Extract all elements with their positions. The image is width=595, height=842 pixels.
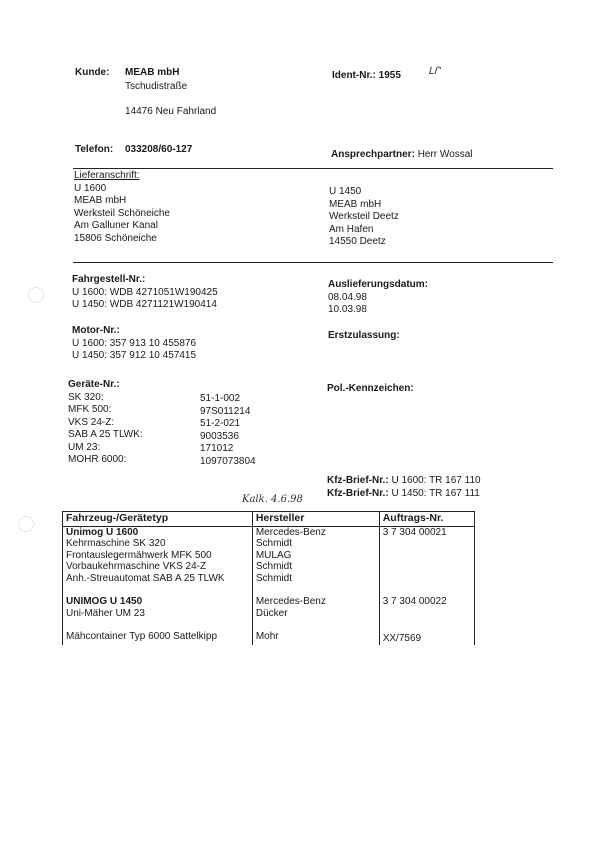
phone-label: Telefon:	[75, 144, 113, 155]
cell-maker: Mercedes-Benz	[252, 596, 379, 608]
divider-middle	[73, 262, 553, 263]
table-spacer	[63, 619, 475, 631]
registration-doc-value: U 1600: TR 167 110	[391, 475, 480, 486]
engine-label: Motor-Nr.:	[72, 325, 196, 338]
cell-maker: Schmidt	[252, 561, 379, 573]
contact-value: Herr Wossal	[418, 149, 473, 160]
address-line: Werksteil Schöneiche	[74, 208, 170, 221]
divider-top	[73, 168, 553, 169]
customer-label: Kunde:	[75, 67, 109, 78]
ident-number: Ident-Nr.: 1955	[332, 70, 401, 81]
chassis-line: U 1450: WDB 4271121W190414	[72, 299, 218, 312]
registration-docs: Kfz-Brief-Nr.: U 1600: TR 167 110 Kfz-Br…	[327, 475, 481, 500]
column-header-maker: Hersteller	[252, 512, 379, 527]
punch-hole-mark	[28, 287, 44, 303]
handwritten-initials: ᒪᒋ	[428, 66, 440, 77]
address-line: Werksteil Deetz	[329, 211, 399, 224]
address-line: MEAB mbH	[74, 195, 170, 208]
cell-type: Vorbaukehrmaschine VKS 24-Z	[63, 561, 253, 573]
registration-doc: Kfz-Brief-Nr.: U 1450: TR 167 111	[327, 488, 481, 501]
cell-order	[379, 608, 474, 620]
cell-maker: Mohr	[252, 631, 379, 645]
cell-type: Kehrmaschine SK 320	[63, 538, 253, 550]
table-spacer	[63, 584, 475, 596]
table-row: Mähcontainer Typ 6000 SattelkippMohrXX/7…	[63, 631, 475, 645]
cell-type: Uni-Mäher UM 23	[63, 608, 253, 620]
column-header-type: Fahrzeug-/Gerätetyp	[63, 512, 253, 527]
cell-order	[379, 561, 474, 573]
table-row: Frontauslegermähwerk MFK 500MULAG	[63, 550, 475, 562]
address-line: 14550 Deetz	[329, 236, 399, 249]
customer-city: 14476 Neu Fahrland	[125, 106, 216, 117]
customer-name: MEAB mbH	[125, 67, 179, 78]
chassis-label: Fahrgestell-Nr.:	[72, 274, 218, 287]
cell-maker: Dücker	[252, 608, 379, 620]
delivery-address-left: Lieferanschrift: U 1600 MEAB mbH Werkste…	[74, 170, 170, 245]
registration-doc-value: U 1450: TR 167 111	[391, 488, 479, 499]
ident-value: 1955	[379, 70, 401, 81]
device-name: SK 320:	[68, 392, 143, 405]
cell-order	[379, 538, 474, 550]
delivery-date: 10.03.98	[328, 304, 428, 317]
devices-names: Geräte-Nr.: SK 320: MFK 500: VKS 24-Z: S…	[68, 379, 143, 467]
devices-label: Geräte-Nr.:	[68, 379, 143, 392]
ident-label: Ident-Nr.:	[332, 70, 376, 81]
table-row: Unimog U 1600Mercedes-Benz3 7 304 00021	[63, 526, 475, 538]
delivery-date-label: Auslieferungsdatum:	[328, 279, 428, 292]
cell-maker: MULAG	[252, 550, 379, 562]
punch-hole-mark	[18, 516, 34, 532]
cell-type: Unimog U 1600	[63, 526, 253, 538]
device-number: 1097073804	[200, 456, 256, 469]
table-row: UNIMOG U 1450Mercedes-Benz3 7 304 00022	[63, 596, 475, 608]
handwritten-note: Kalk. 4.6.98	[242, 494, 303, 505]
device-name: MOHR 6000:	[68, 454, 143, 467]
address-line: U 1450	[329, 186, 399, 199]
address-line: Am Galluner Kanal	[74, 220, 170, 233]
delivery-label: Lieferanschrift:	[74, 170, 170, 183]
delivery-address-right: U 1450 MEAB mbH Werksteil Deetz Am Hafen…	[329, 186, 399, 249]
chassis-block: Fahrgestell-Nr.: U 1600: WDB 4271051W190…	[72, 274, 218, 312]
column-header-order: Auftrags-Nr.	[379, 512, 474, 527]
registration-doc-label: Kfz-Brief-Nr.:	[327, 475, 389, 486]
device-name: UM 23:	[68, 442, 143, 455]
table-row: Uni-Mäher UM 23Dücker	[63, 608, 475, 620]
delivery-date-block: Auslieferungsdatum: 08.04.98 10.03.98	[328, 279, 428, 317]
contact-label: Ansprechpartner:	[331, 149, 415, 160]
address-line: MEAB mbH	[329, 199, 399, 212]
table-row: Kehrmaschine SK 320Schmidt	[63, 538, 475, 550]
cell-order	[379, 573, 474, 585]
table-header-row: Fahrzeug-/Gerätetyp Hersteller Auftrags-…	[63, 512, 475, 527]
device-name: VKS 24-Z:	[68, 417, 143, 430]
address-line: Am Hafen	[329, 224, 399, 237]
device-number: 51-1-002	[200, 393, 256, 406]
customer-street: Tschudistraße	[125, 81, 187, 92]
engine-block: Motor-Nr.: U 1600: 357 913 10 455876 U 1…	[72, 325, 196, 363]
registration-doc-label: Kfz-Brief-Nr.:	[327, 488, 389, 499]
delivery-date: 08.04.98	[328, 292, 428, 305]
cell-maker: Mercedes-Benz	[252, 526, 379, 538]
cell-order: XX/7569	[379, 631, 474, 645]
plate-label: Pol.-Kennzeichen:	[327, 383, 414, 394]
address-line: U 1600	[74, 183, 170, 196]
engine-line: U 1600: 357 913 10 455876	[72, 338, 196, 351]
device-number: 51-2-021	[200, 418, 256, 431]
table-row: Vorbaukehrmaschine VKS 24-ZSchmidt	[63, 561, 475, 573]
cell-order: 3 7 304 00021	[379, 526, 474, 538]
cell-type: Frontauslegermähwerk MFK 500	[63, 550, 253, 562]
cell-type: Mähcontainer Typ 6000 Sattelkipp	[63, 631, 253, 645]
table-row: Anh.-Streuautomat SAB A 25 TLWKSchmidt	[63, 573, 475, 585]
registration-doc: Kfz-Brief-Nr.: U 1600: TR 167 110	[327, 475, 481, 488]
devices-numbers: 51-1-002 97S011214 51-2-021 9003536 1710…	[200, 393, 256, 468]
contact-person: Ansprechpartner: Herr Wossal	[331, 149, 473, 160]
device-name: MFK 500:	[68, 404, 143, 417]
first-registration-label: Erstzulassung:	[328, 330, 400, 341]
device-number: 171012	[200, 443, 256, 456]
cell-order	[379, 550, 474, 562]
engine-line: U 1450: 357 912 10 457415	[72, 350, 196, 363]
cell-type: Anh.-Streuautomat SAB A 25 TLWK	[63, 573, 253, 585]
vehicle-table: Fahrzeug-/Gerätetyp Hersteller Auftrags-…	[62, 511, 475, 645]
device-number: 97S011214	[200, 406, 256, 419]
cell-order: 3 7 304 00022	[379, 596, 474, 608]
cell-type: UNIMOG U 1450	[63, 596, 253, 608]
cell-maker: Schmidt	[252, 538, 379, 550]
device-number: 9003536	[200, 431, 256, 444]
device-name: SAB A 25 TLWK:	[68, 429, 143, 442]
phone-value: 033208/60-127	[125, 144, 192, 155]
chassis-line: U 1600: WDB 4271051W190425	[72, 287, 218, 300]
cell-maker: Schmidt	[252, 573, 379, 585]
address-line: 15806 Schöneiche	[74, 233, 170, 246]
